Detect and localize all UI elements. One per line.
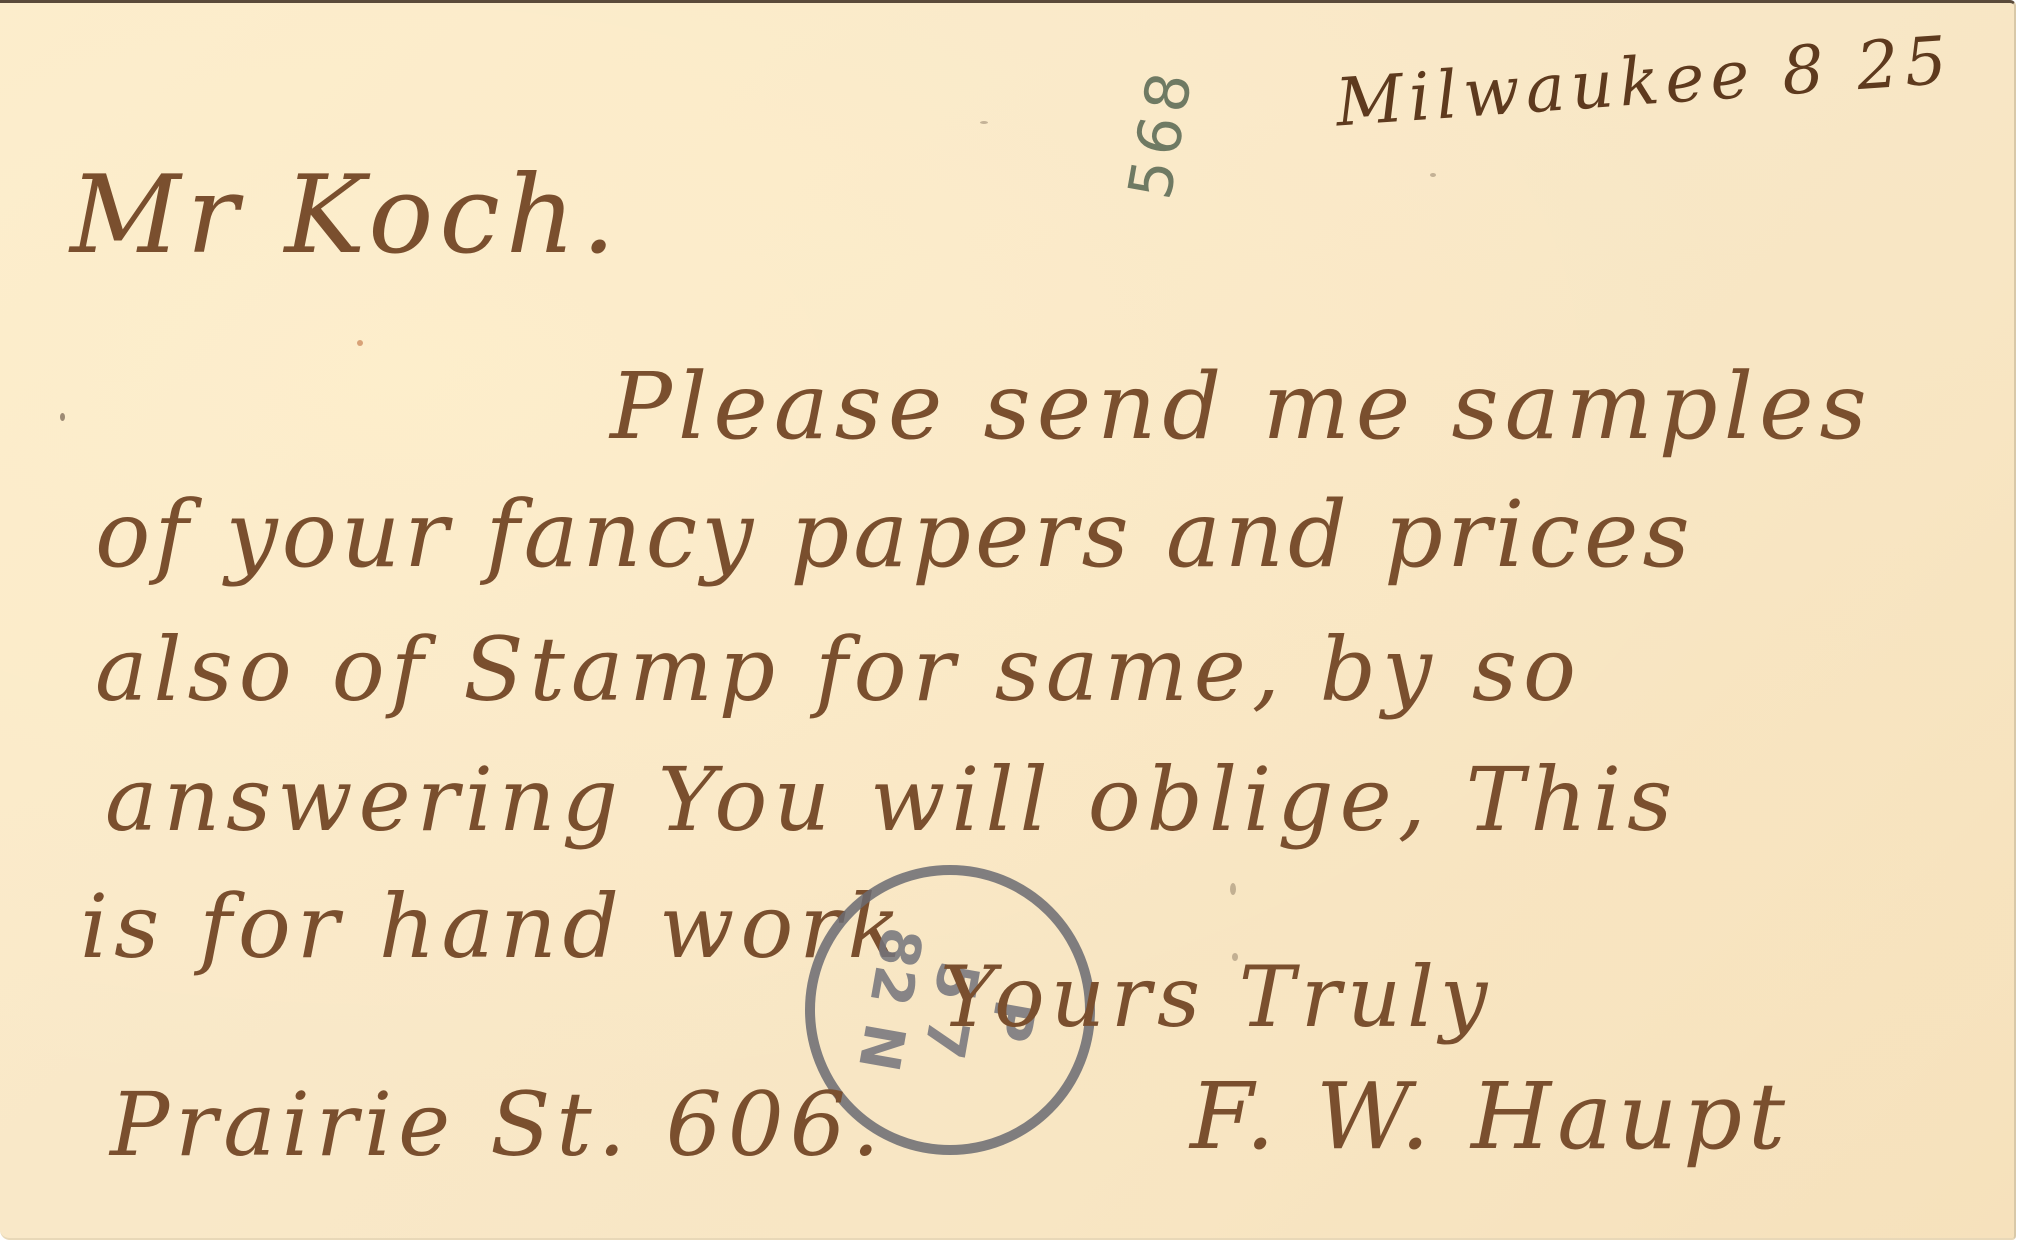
place-date-line: Milwaukee 8 25 [1333, 22, 1955, 142]
closing: Yours Truly [940, 948, 1493, 1046]
ink-speck [980, 121, 988, 124]
ink-speck [60, 413, 65, 421]
pencil-note: 568 [1115, 62, 1207, 205]
ink-speck [1430, 173, 1436, 177]
ink-speck [357, 340, 363, 346]
ink-speck [1232, 953, 1238, 961]
signature: F. W. Haupt [1190, 1063, 1791, 1170]
body-line-2: of your fancy papers and prices [95, 481, 1694, 588]
body-line-1: Please send me samples [610, 353, 1873, 460]
body-line-5: is for hand work [80, 875, 907, 978]
salutation: Mr Koch. [70, 153, 622, 278]
ink-speck [1230, 883, 1236, 895]
body-line-3: also of Stamp for same, by so [95, 618, 1582, 721]
sender-address: Prairie St. 606. [110, 1073, 886, 1176]
body-line-4: answering You will oblige, This [105, 748, 1678, 851]
postcard: Milwaukee 8 25 568 Mr Koch. Please send … [0, 0, 2016, 1240]
